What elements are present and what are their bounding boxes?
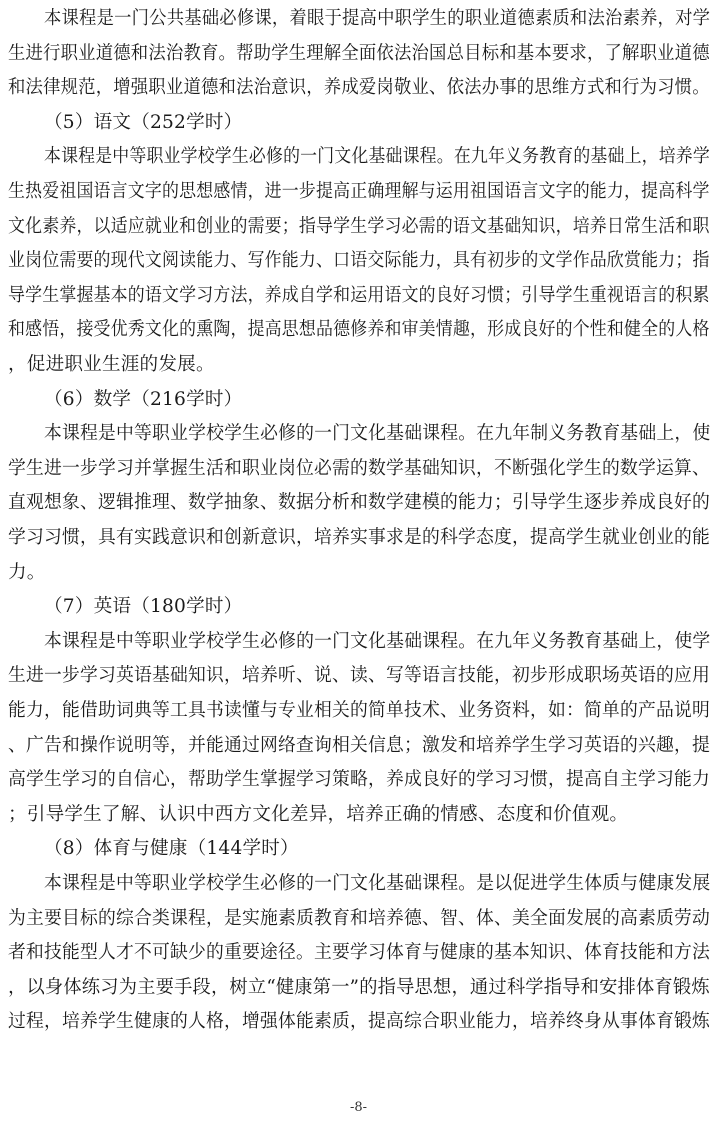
text-line: 和法律规范，增强职业道德和法治意识，养成爱岗敬业、依法办事的思维方式和行为习惯。 <box>8 71 663 105</box>
text-line: 生进一步学习英语基础知识，培养听、说、读、写等语言技能，初步形成职场英语的应用 <box>8 659 680 693</box>
page-number: -8- <box>0 1100 717 1115</box>
text-line: 业岗位需要的现代文阅读能力、写作能力、口语交际能力，具有初步的文学作品欣赏能力；… <box>8 244 647 278</box>
text-line: 力。 <box>8 556 710 590</box>
text-line: 生进行职业道德和法治教育。帮助学生理解全面依法治国总目标和基本要求，了解职业道德 <box>8 37 663 71</box>
text-line: 、广告和操作说明等，并能通过网络查询相关信息；激发和培养学生学习英语的兴趣，提 <box>8 729 680 763</box>
section-heading: （5）语文（252学时） <box>44 106 710 140</box>
section-heading: （7）英语（180学时） <box>44 590 710 624</box>
text-line: 本课程是一门公共基础必修课，着眼于提高中职学生的职业道德素质和法治素养，对学 <box>44 2 665 36</box>
text-line: 本课程是中等职业学校学生必修的一门文化基础课程。在九年制义务教育基础上，使 <box>44 417 682 451</box>
text-line: 和感悟，接受优秀文化的熏陶，提高思想品德修养和审美情趣，形成良好的个性和健全的人… <box>8 313 647 347</box>
section-heading: （6）数学（216学时） <box>44 383 710 417</box>
section-heading: （8）体育与健康（144学时） <box>44 832 710 866</box>
text-line: 高学生学习的自信心，帮助学生掌握学习策略，养成良好的学习习惯，提高自主学习能力 <box>8 763 680 797</box>
text-line: 生热爱祖国语言文字的思想感情，进一步提高正确理解与运用祖国语言文字的能力，提高科… <box>8 175 647 209</box>
text-line: ，以身体练习为主要手段，树立“健康第一”的指导思想，通过科学指导和安排体育锻炼 <box>8 971 697 1005</box>
text-line: ；引导学生了解、认识中西方文化差异，培养正确的情感、态度和价值观。 <box>8 798 710 832</box>
text-line: 本课程是中等职业学校学生必修的一门文化基础课程。是以促进学生体质与健康发展 <box>44 867 682 901</box>
text-line: 学习习惯，具有实践意识和创新意识，培养实事求是的科学态度，提高学生就业创业的能 <box>8 521 680 555</box>
text-line: 直观想象、逻辑推理、数学抽象、数据分析和数学建模的能力；引导学生逐步养成良好的 <box>8 486 680 520</box>
text-line: 导学生掌握基本的语文学习方法，养成自学和运用语文的良好习惯；引导学生重视语言的积… <box>8 279 647 313</box>
text-line: 本课程是中等职业学校学生必修的一门文化基础课程。在九年义务教育的基础上，培养学 <box>44 140 649 174</box>
text-line: 能力，能借助词典等工具书读懂与专业相关的简单技术、业务资料，如：简单的产品说明 <box>8 694 680 728</box>
text-line: 者和技能型人才不可缺少的重要途径。主要学习体育与健康的基本知识、体育技能和方法 <box>8 936 680 970</box>
document-page: 本课程是一门公共基础必修课，着眼于提高中职学生的职业道德素质和法治素养，对学生进… <box>0 0 717 1130</box>
text-line: 过程，培养学生健康的人格，增强体能素质，提高综合职业能力，培养终身从事体育锻炼 <box>8 1005 680 1039</box>
text-line: 文化素养，以适应就业和创业的需要；指导学生学习必需的语文基础知识，培养日常生活和… <box>8 210 647 244</box>
text-line: ，促进职业生涯的发展。 <box>8 348 710 382</box>
text-line: 学生进一步学习并掌握生活和职业岗位必需的数学基础知识，不断强化学生的数学运算、 <box>8 452 680 486</box>
text-line: 为主要目标的综合类课程，是实施素质教育和培养德、智、体、美全面发展的高素质劳动 <box>8 902 680 936</box>
text-line: 本课程是中等职业学校学生必修的一门文化基础课程。在九年义务教育基础上，使学 <box>44 625 682 659</box>
